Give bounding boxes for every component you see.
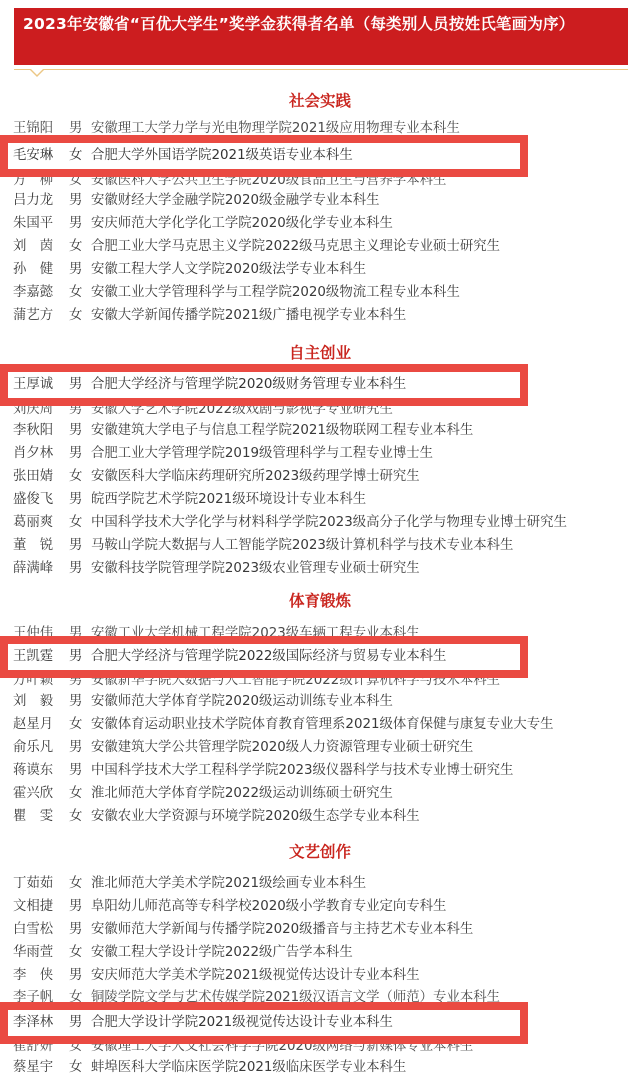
list-item: 白雪松男安徽师范大学新闻与传播学院2020级播音与主持艺术专业本科生 xyxy=(13,919,473,941)
student-description: 安庆师范大学美术学院2021级视觉传达设计专业本科生 xyxy=(91,965,420,987)
list-item-highlighted: 王厚诚男合肥大学经济与管理学院2020级财务管理专业本科生 xyxy=(13,374,406,396)
student-name: 张田婧 xyxy=(13,466,69,488)
student-name: 俞乐凡 xyxy=(13,737,69,759)
list-item: 薛满峰男安徽科技学院管理学院2023级农业管理专业硕士研究生 xyxy=(13,558,420,580)
student-description: 中国科学技术大学工程科学学院2023级仪器科学与技术专业博士研究生 xyxy=(91,760,513,782)
student-description: 合肥工业大学管理学院2019级管理科学与工程专业博士生 xyxy=(91,443,433,465)
list-item: 文相捷男阜阳幼儿师范高等专科学校2020级小学教育专业定向专科生 xyxy=(13,896,446,918)
student-gender: 女 xyxy=(69,512,91,534)
student-description: 淮北师范大学体育学院2022级运动训练硕士研究生 xyxy=(91,783,393,805)
student-name: 白雪松 xyxy=(13,919,69,941)
list-item-highlighted: 毛安琳女合肥大学外国语学院2021级英语专业本科生 xyxy=(13,145,353,167)
student-gender: 男 xyxy=(69,259,91,281)
student-description: 安庆师范大学化学化工学院2020级化学专业本科生 xyxy=(91,213,393,235)
student-gender: 男 xyxy=(69,558,91,580)
student-description: 淮北师范大学美术学院2021级绘画专业本科生 xyxy=(91,873,366,895)
student-gender: 男 xyxy=(69,919,91,941)
list-item: 李秋阳男安徽建筑大学电子与信息工程学院2021级物联网工程专业本科生 xyxy=(13,420,473,442)
list-item: 葛丽爽女中国科学技术大学化学与材料科学学院2023级高分子化学与物理专业博士研究… xyxy=(13,512,567,534)
student-name: 李秋阳 xyxy=(13,420,69,442)
student-gender: 男 xyxy=(69,760,91,782)
page-title: 2023年安徽省“百优大学生”奖学金获得者名单（每类别人员按姓氏笔画为序） xyxy=(23,15,574,33)
student-description: 合肥大学经济与管理学院2020级财务管理专业本科生 xyxy=(91,374,406,396)
student-name: 赵星月 xyxy=(13,714,69,736)
list-item: 刘 茵女合肥工业大学马克思主义学院2022级马克思主义理论专业硕士研究生 xyxy=(13,236,500,258)
student-description: 合肥大学外国语学院2021级英语专业本科生 xyxy=(91,145,353,167)
student-gender: 女 xyxy=(69,236,91,258)
student-description: 合肥工业大学马克思主义学院2022级马克思主义理论专业硕士研究生 xyxy=(91,236,500,258)
student-gender: 男 xyxy=(69,646,91,668)
student-gender: 女 xyxy=(69,783,91,805)
section-title-sports: 体育锻炼 xyxy=(0,590,640,612)
student-name: 李泽林 xyxy=(13,1012,69,1034)
student-name: 蒋谟东 xyxy=(13,760,69,782)
list-item: 丁茹茹女淮北师范大学美术学院2021级绘画专业本科生 xyxy=(13,873,366,895)
student-name: 肖夕林 xyxy=(13,443,69,465)
student-name: 刘 茵 xyxy=(13,236,69,258)
student-gender: 女 xyxy=(69,466,91,488)
highlight-box: 王厚诚男合肥大学经济与管理学院2020级财务管理专业本科生 xyxy=(0,364,528,406)
student-description: 安徽体育运动职业技术学院体育教育管理系2021级体育保健与康复专业大专生 xyxy=(91,714,554,736)
header-notch-decoration xyxy=(30,70,44,77)
list-item: 吕力龙男安徽财经大学金融学院2020级金融学专业本科生 xyxy=(13,190,380,212)
list-item: 刘 毅男安徽师范大学体育学院2020级运动训练专业本科生 xyxy=(13,691,393,713)
student-gender: 女 xyxy=(69,1057,91,1079)
student-gender: 男 xyxy=(69,535,91,557)
student-gender: 女 xyxy=(69,714,91,736)
student-description: 马鞍山学院大数据与人工智能学院2023级计算机科学与技术专业本科生 xyxy=(91,535,513,557)
list-item: 董 锐男马鞍山学院大数据与人工智能学院2023级计算机科学与技术专业本科生 xyxy=(13,535,513,557)
student-description: 安徽建筑大学公共管理学院2020级人力资源管理专业硕士研究生 xyxy=(91,737,473,759)
highlight-box: 李泽林男合肥大学设计学院2021级视觉传达设计专业本科生 xyxy=(0,1002,528,1044)
list-item-highlighted: 李泽林男合肥大学设计学院2021级视觉传达设计专业本科生 xyxy=(13,1012,393,1034)
student-description: 阜阳幼儿师范高等专科学校2020级小学教育专业定向专科生 xyxy=(91,896,446,918)
student-gender: 男 xyxy=(69,190,91,212)
student-name: 盛俊飞 xyxy=(13,489,69,511)
list-item: 蔡星宇女蚌埠医科大学临床医学院2021级临床医学专业本科生 xyxy=(13,1057,406,1079)
student-gender: 女 xyxy=(69,806,91,828)
student-name: 刘 毅 xyxy=(13,691,69,713)
student-name: 华雨萱 xyxy=(13,942,69,964)
student-description: 安徽农业大学资源与环境学院2020级生态学专业本科生 xyxy=(91,806,420,828)
section-title-entrepreneurship: 自主创业 xyxy=(0,342,640,364)
list-item: 肖夕林男合肥工业大学管理学院2019级管理科学与工程专业博士生 xyxy=(13,443,433,465)
student-gender: 女 xyxy=(69,305,91,327)
student-gender: 男 xyxy=(69,1012,91,1034)
student-description: 蚌埠医科大学临床医学院2021级临床医学专业本科生 xyxy=(91,1057,406,1079)
list-item: 赵星月女安徽体育运动职业技术学院体育教育管理系2021级体育保健与康复专业大专生 xyxy=(13,714,554,736)
highlight-box: 毛安琳女合肥大学外国语学院2021级英语专业本科生 xyxy=(0,135,528,177)
student-description: 安徽师范大学体育学院2020级运动训练专业本科生 xyxy=(91,691,393,713)
student-description: 安徽工程大学人文学院2020级法学专业本科生 xyxy=(91,259,366,281)
student-name: 吕力龙 xyxy=(13,190,69,212)
student-description: 安徽工业大学管理科学与工程学院2020级物流工程专业本科生 xyxy=(91,282,460,304)
list-item: 蒋谟东男中国科学技术大学工程科学学院2023级仪器科学与技术专业博士研究生 xyxy=(13,760,513,782)
list-item: 霍兴欣女淮北师范大学体育学院2022级运动训练硕士研究生 xyxy=(13,783,393,805)
student-description: 安徽科技学院管理学院2023级农业管理专业硕士研究生 xyxy=(91,558,420,580)
student-name: 霍兴欣 xyxy=(13,783,69,805)
section-title-social-practice: 社会实践 xyxy=(0,90,640,112)
student-name: 李嘉懿 xyxy=(13,282,69,304)
list-item: 李 侠男安庆师范大学美术学院2021级视觉传达设计专业本科生 xyxy=(13,965,420,987)
student-name: 文相捷 xyxy=(13,896,69,918)
list-item-highlighted: 王凯霆男合肥大学经济与管理学院2022级国际经济与贸易专业本科生 xyxy=(13,646,446,668)
student-description: 合肥大学设计学院2021级视觉传达设计专业本科生 xyxy=(91,1012,393,1034)
page-header: 2023年安徽省“百优大学生”奖学金获得者名单（每类别人员按姓氏笔画为序） xyxy=(14,8,628,65)
student-name: 王凯霆 xyxy=(13,646,69,668)
student-name: 毛安琳 xyxy=(13,145,69,167)
list-item: 孙 健男安徽工程大学人文学院2020级法学专业本科生 xyxy=(13,259,366,281)
student-name: 王厚诚 xyxy=(13,374,69,396)
header-divider xyxy=(14,69,628,70)
student-description: 安徽建筑大学电子与信息工程学院2021级物联网工程专业本科生 xyxy=(91,420,473,442)
student-gender: 男 xyxy=(69,489,91,511)
student-name: 瞿 雯 xyxy=(13,806,69,828)
student-gender: 女 xyxy=(69,873,91,895)
student-description: 安徽财经大学金融学院2020级金融学专业本科生 xyxy=(91,190,380,212)
student-description: 安徽大学新闻传播学院2021级广播电视学专业本科生 xyxy=(91,305,406,327)
student-description: 中国科学技术大学化学与材料科学学院2023级高分子化学与物理专业博士研究生 xyxy=(91,512,567,534)
student-name: 葛丽爽 xyxy=(13,512,69,534)
student-name: 朱国平 xyxy=(13,213,69,235)
student-gender: 男 xyxy=(69,737,91,759)
student-gender: 男 xyxy=(69,374,91,396)
student-gender: 男 xyxy=(69,965,91,987)
section-title-arts: 文艺创作 xyxy=(0,841,640,863)
list-item: 华雨萱女安徽工程大学设计学院2022级广告学本科生 xyxy=(13,942,353,964)
student-gender: 男 xyxy=(69,213,91,235)
student-gender: 女 xyxy=(69,282,91,304)
student-name: 蔡星宇 xyxy=(13,1057,69,1079)
student-gender: 女 xyxy=(69,145,91,167)
student-gender: 男 xyxy=(69,691,91,713)
list-item: 朱国平男安庆师范大学化学化工学院2020级化学专业本科生 xyxy=(13,213,393,235)
student-name: 孙 健 xyxy=(13,259,69,281)
student-description: 安徽工程大学设计学院2022级广告学本科生 xyxy=(91,942,353,964)
list-item: 李嘉懿女安徽工业大学管理科学与工程学院2020级物流工程专业本科生 xyxy=(13,282,460,304)
student-gender: 男 xyxy=(69,420,91,442)
student-gender: 男 xyxy=(69,443,91,465)
list-item: 盛俊飞男皖西学院艺术学院2021级环境设计专业本科生 xyxy=(13,489,366,511)
student-name: 董 锐 xyxy=(13,535,69,557)
student-name: 蒲艺方 xyxy=(13,305,69,327)
student-description: 皖西学院艺术学院2021级环境设计专业本科生 xyxy=(91,489,366,511)
student-name: 丁茹茹 xyxy=(13,873,69,895)
list-item: 俞乐凡男安徽建筑大学公共管理学院2020级人力资源管理专业硕士研究生 xyxy=(13,737,473,759)
student-gender: 女 xyxy=(69,942,91,964)
list-item: 瞿 雯女安徽农业大学资源与环境学院2020级生态学专业本科生 xyxy=(13,806,420,828)
student-name: 薛满峰 xyxy=(13,558,69,580)
student-description: 合肥大学经济与管理学院2022级国际经济与贸易专业本科生 xyxy=(91,646,446,668)
highlight-box: 王凯霆男合肥大学经济与管理学院2022级国际经济与贸易专业本科生 xyxy=(0,636,528,678)
list-item: 张田婧女安徽医科大学临床药理研究所2023级药理学博士研究生 xyxy=(13,466,420,488)
student-gender: 男 xyxy=(69,896,91,918)
student-description: 安徽医科大学临床药理研究所2023级药理学博士研究生 xyxy=(91,466,420,488)
student-name: 李 侠 xyxy=(13,965,69,987)
student-description: 安徽师范大学新闻与传播学院2020级播音与主持艺术专业本科生 xyxy=(91,919,473,941)
list-item: 蒲艺方女安徽大学新闻传播学院2021级广播电视学专业本科生 xyxy=(13,305,406,327)
